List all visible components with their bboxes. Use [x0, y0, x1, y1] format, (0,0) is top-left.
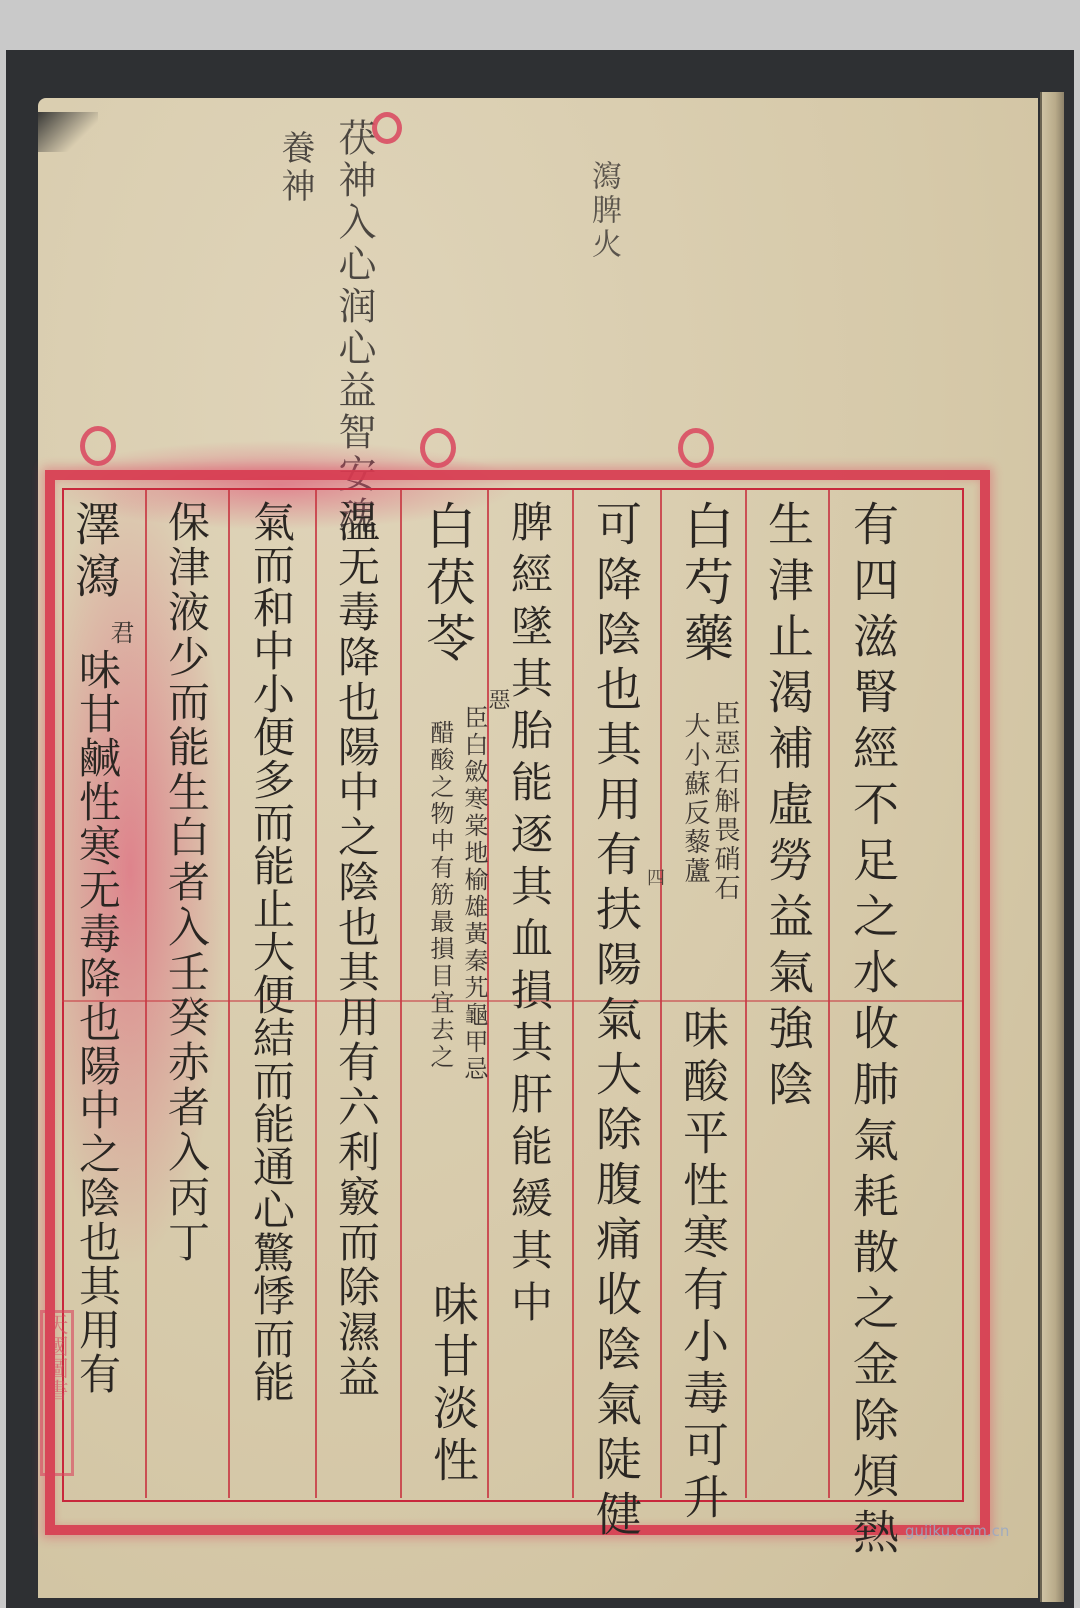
text-column-8: 氣而和中小便多而能止大便結而能通心驚悸而能: [250, 500, 292, 1403]
text-column-7: 温无毒降也陽中之陰也其用有六利竅而除濕益: [335, 500, 377, 1400]
herb-heading-baishaoyao: 白芍藥: [680, 500, 730, 668]
text-column-3: 味酸平性寒有小毒可升: [680, 1005, 726, 1525]
watermark: gujiku.com.cn: [905, 1522, 1009, 1540]
seal-circle-top: [372, 112, 402, 144]
column-rule: [660, 490, 662, 1498]
text-column-6: 味甘淡性: [430, 1280, 476, 1488]
column-rule: [315, 490, 317, 1498]
herb-note-left: 醋酸之物中有筋最損目宜去之: [428, 720, 452, 1071]
column-rule: [145, 490, 147, 1498]
column-rule: [572, 490, 574, 1498]
header-note-xie-pi-huo: 瀉脾火: [588, 160, 618, 262]
header-note-yang-shen: 養神: [278, 130, 312, 206]
column-rule: [745, 490, 747, 1498]
text-column-2: 生津止渴補虛勞益氣強陰: [765, 500, 811, 1116]
herb-heading-zexie: 澤瀉: [72, 500, 118, 604]
library-stamp: 天國圖書: [40, 1310, 74, 1476]
text-column-1: 有四滋腎經不足之水收肺氣耗散之金除煩熱: [850, 500, 896, 1564]
seal-circle-3: [678, 428, 714, 468]
herb-mark-wu: 惡: [486, 688, 508, 713]
text-column-9: 保津液少而能生白者入壬癸赤者入丙丁: [165, 500, 207, 1265]
herb-note-right: 臣白斂寒棠地榆雄黃秦艽龜甲忌: [462, 705, 486, 1083]
text-column-10: 味甘鹹性寒无毒降也陽中之陰也其用有: [76, 648, 118, 1396]
small-mark-four: 四: [645, 868, 663, 890]
text-column-4: 可降陰也其用有扶陽氣大除腹痛收陰氣陡健: [593, 500, 639, 1545]
herb-note-jun: 君: [108, 620, 132, 647]
column-rule: [828, 490, 830, 1498]
herb-note-left: 大小蘇反藜蘆: [682, 712, 708, 886]
herb-heading-baifuling: 白茯苓: [422, 500, 472, 668]
book-spine: [1040, 92, 1064, 1602]
herb-note-right: 臣惡石斛畏硝石: [712, 700, 738, 903]
text-column-5: 脾經墜其胎能逐其血損其肝能緩其中: [508, 500, 550, 1332]
page-corner-damage: [38, 112, 98, 152]
column-rule: [228, 490, 230, 1498]
column-rule: [400, 490, 402, 1498]
